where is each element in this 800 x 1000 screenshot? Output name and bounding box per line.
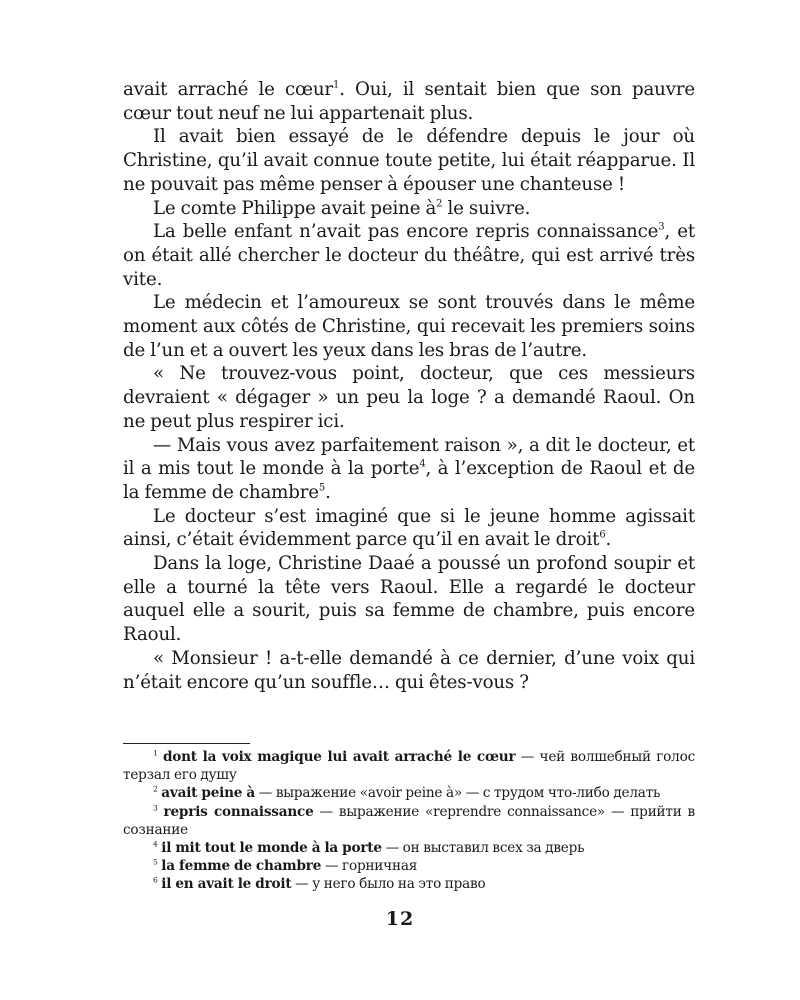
footnote-term: dont la voix magique lui avait arraché l… — [163, 749, 515, 765]
text-run: Le médecin et l’amoureux se sont trouvés… — [123, 292, 695, 360]
page-number: 12 — [0, 908, 800, 930]
footnote-2: 2 avait peine à — выражение «avoir peine… — [123, 784, 695, 802]
footnote-divider — [123, 743, 250, 744]
footnote-gloss: — горничная — [321, 858, 417, 874]
footnote-number: 1 — [153, 748, 158, 757]
paragraph: Il avait bien essayé de le défendre depu… — [123, 125, 695, 196]
footnote-number: 4 — [153, 839, 158, 848]
text-run: . — [325, 482, 331, 503]
text-run: avait arraché le cœur — [123, 79, 333, 100]
footnote-term: repris connaissance — [164, 804, 314, 820]
paragraph: avait arraché le cœur1. Oui, il sentait … — [123, 78, 695, 125]
text-run: Dans la loge, Christine Daaé a poussé un… — [123, 553, 695, 645]
text-run: « Ne trouvez-vous point, docteur, que ce… — [123, 363, 695, 431]
footnote-3: 3 repris connaissance — выражение «repre… — [123, 803, 695, 839]
footnote-gloss: — он выставил всех за дверь — [382, 840, 585, 856]
paragraph: « Ne trouvez-vous point, docteur, que ce… — [123, 362, 695, 433]
footnote-term: il mit tout le monde à la porte — [161, 840, 382, 856]
footnote-term: il en avait le droit — [161, 876, 291, 892]
footnote-gloss: — выражение «avoir peine à» — с трудом ч… — [255, 785, 660, 801]
paragraph: — Mais vous avez parfaitement raison », … — [123, 434, 695, 505]
paragraph: La belle enfant n’avait pas encore repri… — [123, 220, 695, 291]
text-run: Le comte Philippe avait peine à — [153, 198, 436, 219]
footnote-number: 6 — [153, 876, 158, 885]
footnote-gloss: — у него было на это право — [291, 876, 485, 892]
text-run: La belle enfant n’avait pas encore repri… — [153, 221, 658, 242]
paragraph: Dans la loge, Christine Daaé a poussé un… — [123, 552, 695, 647]
text-run: « Monsieur ! a-t-elle demandé à ce derni… — [123, 648, 695, 693]
paragraph: « Monsieur ! a-t-elle demandé à ce derni… — [123, 647, 695, 694]
footnotes: 1 dont la voix magique lui avait arraché… — [123, 748, 695, 894]
footnote-5: 5 la femme de chambre — горничная — [123, 857, 695, 875]
paragraph: Le médecin et l’amoureux se sont trouvés… — [123, 291, 695, 362]
footnote-term: la femme de chambre — [161, 858, 321, 874]
text-run: . — [606, 529, 612, 550]
body-text: avait arraché le cœur1. Oui, il sentait … — [123, 78, 695, 694]
footnote-4: 4 il mit tout le monde à la porte — он в… — [123, 839, 695, 857]
paragraph: Le docteur s’est imaginé que si le jeune… — [123, 505, 695, 552]
footnote-number: 5 — [153, 858, 158, 867]
paragraph: Le comte Philippe avait peine à2 le suiv… — [123, 197, 695, 221]
text-run: Il avait bien essayé de le défendre depu… — [123, 126, 695, 194]
footnote-6: 6 il en avait le droit — у него было на … — [123, 875, 695, 893]
footnote-term: avait peine à — [161, 785, 255, 801]
footnote-number: 3 — [153, 803, 158, 812]
footnote-1: 1 dont la voix magique lui avait arraché… — [123, 748, 695, 784]
footnote-number: 2 — [153, 785, 158, 794]
text-run: le suivre. — [442, 198, 530, 219]
